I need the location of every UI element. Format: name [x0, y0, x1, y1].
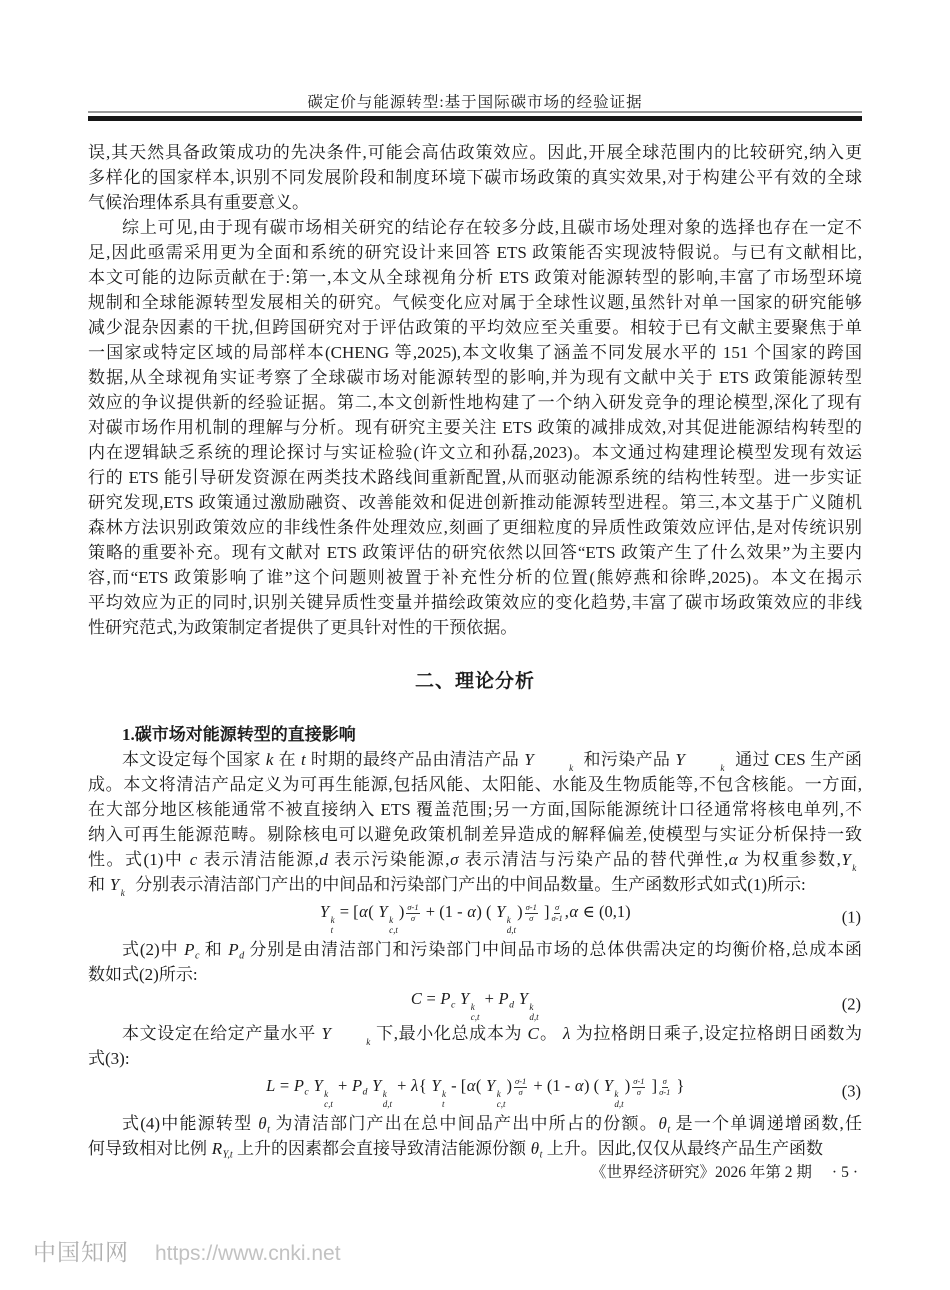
journal-issue-label: 《世界经济研究》2026 年第 2 期: [591, 1164, 812, 1181]
text-line: 容,而“ETS 政策影响了谁”这个问题则被置于补充性分析的位置(熊婷燕和徐晔,2…: [88, 565, 862, 590]
sup-sub-script: kt: [332, 1038, 370, 1046]
sup-sub-script: kd,t: [529, 1003, 538, 1022]
equation-number: (2): [842, 992, 861, 1017]
paragraph: 综上可见,由于现有碳市场相关研究的结论存在较多分歧,且碳市场处理对象的选择也存在…: [88, 215, 862, 640]
sup-sub-script: kc,t: [471, 1003, 480, 1022]
text-line: 综上可见,由于现有碳市场相关研究的结论存在较多分歧,且碳市场处理对象的选择也存在…: [88, 215, 862, 240]
text-line: 规制和全球能源转型发展相关的研究。气候变化应对属于全球性议题,虽然针对单一国家的…: [88, 290, 862, 315]
text-line: 成。本文将清洁产品定义为可再生能源,包括风能、太阳能、水能及生物质能等,不包含核…: [88, 772, 862, 797]
text-line: 平均效应为正的同时,识别关键异质性变量并描绘政策效应的变化趋势,丰富了碳市场政策…: [88, 590, 862, 615]
equation-number: (1): [842, 905, 861, 930]
cnki-brand-watermark: 中国知网: [33, 1239, 129, 1265]
sup-sub-script: kd,t: [614, 1090, 623, 1109]
exponent-fraction: σσ-1: [659, 1077, 670, 1098]
exponent-fraction: σ-1σ: [406, 903, 419, 924]
text-line: 性。式(1)中 c 表示清洁能源,d 表示污染能源,σ 表示清洁与污染产品的替代…: [88, 847, 862, 872]
sup-sub-script: kd,t: [121, 889, 130, 897]
sup-sub-script: kd,t: [383, 1090, 392, 1109]
sup-sub-script: kd,t: [507, 916, 516, 935]
text-line: 何导致相对比例 RY,t 上升的因素都会直接导致清洁能源份额 θt 上升。因此,…: [88, 1136, 862, 1161]
text-line: 研究发现,ETS 政策通过激励融资、改善能效和促进创新推动能源转型进程。第三,本…: [88, 490, 862, 515]
text-line: 本文设定每个国家 k 在 t 时期的最终产品由清洁产品 Ykc,t 和污染产品 …: [88, 747, 862, 772]
text-line: 式(2)中 Pc 和 Pd 分别是由清洁部门和污染部门中间品市场的总体供需决定的…: [88, 937, 862, 962]
sup-sub-script: kc,t: [324, 1090, 333, 1109]
subsection-heading: 1.碳市场对能源转型的直接影响: [88, 722, 862, 747]
equation: C = Pc Ykc,t + Pd Ykd,t(2): [88, 987, 862, 1021]
text-line: 误,其天然具备政策成功的先决条件,可能会高估政策效应。因此,开展全球范围内的比较…: [88, 140, 862, 165]
text-line: 效应的争议提供新的经验证据。第二,本文创新性地构建了一个纳入研发竞争的理论模型,…: [88, 390, 862, 415]
sup-sub-script: kt: [442, 1090, 446, 1109]
paragraph: 本文设定在给定产量水平 Ykt 下,最小化总成本为 C。 λ 为拉格朗日乘子,设…: [88, 1021, 862, 1071]
equation-number: (3): [842, 1079, 861, 1104]
text-line: 内在逻辑缺乏系统的理论探讨与实证检验(许文立和孙磊,2023)。本文通过构建理论…: [88, 440, 862, 465]
text-line: 足,因此亟需采用更为全面和系统的研究设计来回答 ETS 政策能否实现波特假说。与…: [88, 240, 862, 265]
header-rule-thick: [88, 116, 862, 121]
text-line: 纳入可再生能源范畴。剔除核电可以避免政策机制差异造成的解释偏差,使模型与实证分析…: [88, 822, 862, 847]
text-line: 减少混杂因素的干扰,但跨国研究对于评估政策的平均效应至关重要。相较于已有文献主要…: [88, 315, 862, 340]
sup-sub-script: kd,t: [686, 764, 729, 772]
equation: L = Pc Ykc,t + Pd Ykd,t + λ{ Ykt - [α( Y…: [88, 1071, 862, 1111]
section-heading: 二、理论分析: [88, 670, 862, 694]
page-footer: 《世界经济研究》2026 年第 2 期·5·: [88, 1160, 862, 1182]
text-line: 式(3):: [88, 1046, 862, 1071]
text-line: 对碳市场作用机制的理解与分析。现有研究主要关注 ETS 政策的减排成效,对其促进…: [88, 415, 862, 440]
text-line: 森林方法识别政策效应的非线性条件处理效应,刻画了更细粒度的异质性政策效应评估,是…: [88, 515, 862, 540]
paragraph: 式(2)中 Pc 和 Pd 分别是由清洁部门和污染部门中间品市场的总体供需决定的…: [88, 937, 862, 987]
paragraph: 误,其天然具备政策成功的先决条件,可能会高估政策效应。因此,开展全球范围内的比较…: [88, 140, 862, 215]
equation: Ykt = [α( Ykc,t)σ-1σ + (1 - α) ( Ykd,t)σ…: [88, 897, 862, 937]
equation-body: C = Pc Ykc,t + Pd Ykd,t: [410, 986, 539, 1022]
text-line: 性研究范式,为政策制定者提供了更具针对性的干预依据。: [88, 615, 862, 640]
sup-sub-script: kt: [331, 916, 335, 935]
cnki-url-watermark: https://www.cnki.net: [155, 1242, 341, 1265]
text-line: 气候治理体系具有重要意义。: [88, 190, 862, 215]
text-line: 和 Ykd,t 分别表示清洁部门产出的中间品和污染部门产出的中间品数量。生产函数…: [88, 872, 862, 897]
cnki-watermark: 中国知网https://www.cnki.net: [33, 1234, 341, 1267]
equation-body: Ykt = [α( Ykc,t)σ-1σ + (1 - α) ( Ykd,t)σ…: [319, 899, 630, 935]
text-line: 策略的重要补充。现有文献对 ETS 政策评估的研究依然以回答“ETS 政策产生了…: [88, 540, 862, 565]
running-head-title: 碳定价与能源转型:基于国际碳市场的经验证据: [88, 90, 862, 112]
sup-sub-script: kc,t: [389, 916, 398, 935]
text-line: 多样化的国家样本,识别不同发展阶段和制度环境下碳市场政策的真实效果,对于构建公平…: [88, 165, 862, 190]
exponent-fraction: σ-1σ: [525, 903, 538, 924]
paragraph: 本文设定每个国家 k 在 t 时期的最终产品由清洁产品 Ykc,t 和污染产品 …: [88, 747, 862, 897]
sup-sub-script: kc,t: [852, 864, 861, 872]
exponent-fraction: σ-1σ: [514, 1077, 527, 1098]
header-rule-thin: [88, 111, 862, 113]
paragraph: 式(4)中能源转型 θt 为清洁部门产出在总中间品产出中所占的份额。θt 是一个…: [88, 1111, 862, 1161]
equation-body: L = Pc Ykc,t + Pd Ykd,t + λ{ Ykt - [α( Y…: [266, 1073, 685, 1109]
text-line: 式(4)中能源转型 θt 为清洁部门产出在总中间品产出中所占的份额。θt 是一个…: [88, 1111, 862, 1136]
text-line: 行的 ETS 能引导研发资源在两类技术路线间重新配置,从而驱动能源系统的结构性转…: [88, 465, 862, 490]
exponent-fraction: σσ-1: [551, 903, 562, 924]
sup-sub-script: kc,t: [497, 1090, 506, 1109]
text-line: 本文设定在给定产量水平 Ykt 下,最小化总成本为 C。 λ 为拉格朗日乘子,设…: [88, 1021, 862, 1046]
document-page: 碳定价与能源转型:基于国际碳市场的经验证据 误,其天然具备政策成功的先决条件,可…: [0, 0, 950, 1290]
text-line: 数据,从全球视角实证考察了全球碳市场对能源转型的影响,并为现有文献中关于 ETS…: [88, 365, 862, 390]
document-body: 误,其天然具备政策成功的先决条件,可能会高估政策效应。因此,开展全球范围内的比较…: [88, 140, 862, 1161]
text-line: 在大部分地区核能通常不被直接纳入 ETS 覆盖范围;另一方面,国际能源统计口径通…: [88, 797, 862, 822]
text-line: 一国家或特定区域的局部样本(CHENG 等,2025),本文收集了涵盖不同发展水…: [88, 340, 862, 365]
exponent-fraction: σ-1σ: [632, 1077, 645, 1098]
page-number: ·5·: [832, 1164, 862, 1181]
text-line: 本文可能的边际贡献在于:第一,本文从全球视角分析 ETS 政策对能源转型的影响,…: [88, 265, 862, 290]
sup-sub-script: kc,t: [535, 764, 578, 772]
text-line: 数如式(2)所示:: [88, 962, 862, 987]
